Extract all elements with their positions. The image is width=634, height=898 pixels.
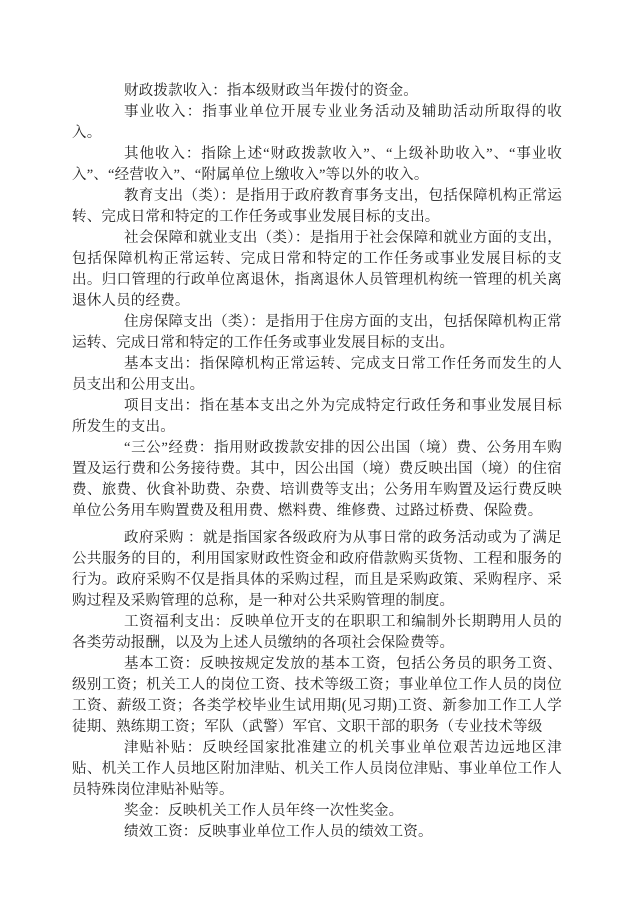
para-housing-security-expenditure: 住房保障支出（类）：是指用于住房方面的支出，包括保障机构正常运转、完成日常和特定… — [72, 312, 562, 354]
para-other-revenue: 其他收入：指除上述“财政拨款收入”、“上级补助收入”、“事业收入”、“经营收入”… — [72, 144, 562, 186]
para-basic-wage: 基本工资：反映按规定发放的基本工资，包括公务员的职务工资、级别工资；机关工人的岗… — [72, 654, 562, 738]
para-allowances-subsidies: 津贴补贴：反映经国家批准建立的机关事业单位艰苦边远地区津贴、机关工作人员地区附加… — [72, 738, 562, 801]
para-bonus: 奖金：反映机关工作人员年终一次性奖金。 — [72, 801, 562, 822]
para-education-expenditure: 教育支出（类）：是指用于政府教育事务支出，包括保障机构正常运转、完成日常和特定的… — [72, 186, 562, 228]
para-basic-expenditure: 基本支出：指保障机构正常运转、完成支日常工作任务而发生的人员支出和公用支出。 — [72, 354, 562, 396]
para-three-public-funds: “三公”经费：指用财政拨款安排的因公出国（境）费、公务用车购置及运行费和公务接待… — [72, 438, 562, 522]
document-page: 财政拨款收入：指本级财政当年拨付的资金。 事业收入：指事业单位开展专业业务活动及… — [0, 0, 634, 898]
para-government-procurement: 政府采购 ：就是指国家各级政府为从事日常的政务活动或为了满足公共服务的目的，利用… — [72, 528, 562, 612]
document-body: 财政拨款收入：指本级财政当年拨付的资金。 事业收入：指事业单位开展专业业务活动及… — [72, 81, 562, 843]
para-wage-welfare-expenditure: 工资福利支出：反映单位开支的在职职工和编制外长期聘用人员的各类劳动报酬，以及为上… — [72, 612, 562, 654]
para-social-security-employment-expenditure: 社会保障和就业支出（类）：是指用于社会保障和就业方面的支出，包括保障机构正常运转… — [72, 228, 562, 312]
para-project-expenditure: 项目支出：指在基本支出之外为完成特定行政任务和事业发展目标所发生的支出。 — [72, 396, 562, 438]
para-operating-revenue: 事业收入：指事业单位开展专业业务活动及辅助活动所取得的收入。 — [72, 102, 562, 144]
para-performance-pay: 绩效工资：反映事业单位工作人员的绩效工资。 — [72, 822, 562, 843]
para-fiscal-appropriation-revenue: 财政拨款收入：指本级财政当年拨付的资金。 — [72, 81, 562, 102]
